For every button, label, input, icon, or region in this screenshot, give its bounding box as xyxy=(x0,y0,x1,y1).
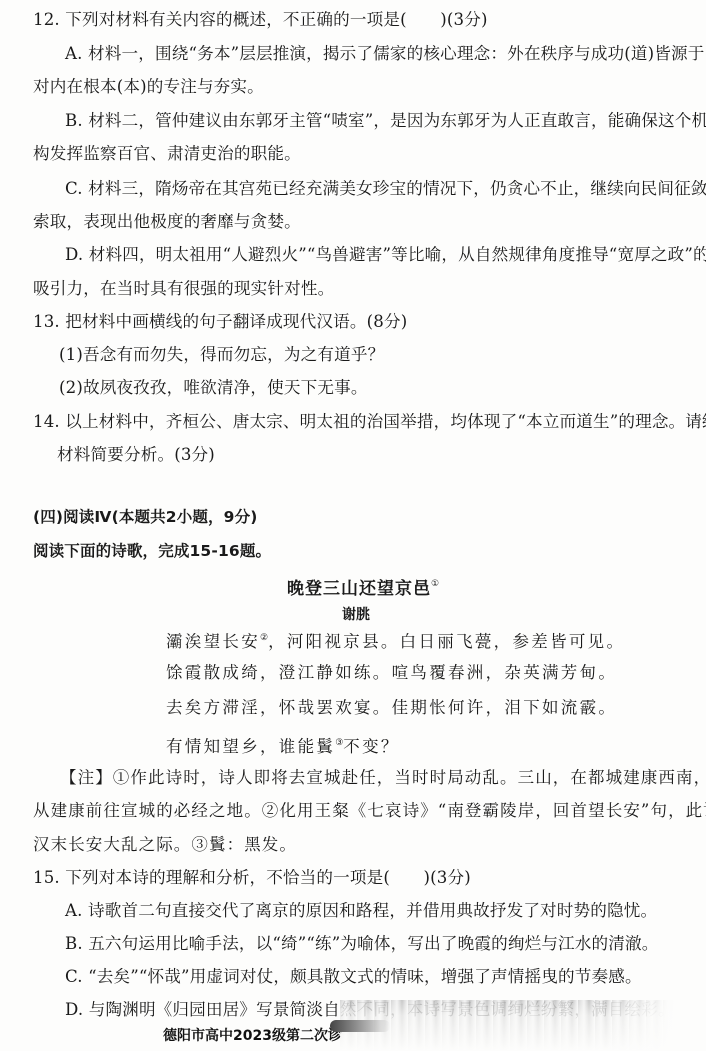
poem-line-2: 馀霞散成绮，澄江静如练。喧鸟覆春洲，杂英满芳甸。 xyxy=(166,663,617,683)
q12-option-a-line2: 对内在根本(本)的专注与夯实。 xyxy=(33,77,264,97)
poem-line-1: 灞涘望长安②，河阳视京县。白日丽飞甍，参差皆可见。 xyxy=(166,628,625,652)
image-fade-artifact xyxy=(600,995,706,1051)
exam-page: 12. 下列对材料有关内容的概述，不正确的一项是( )(3分) A. 材料一，围… xyxy=(0,0,706,1051)
q12-option-a-line1: A. 材料一，围绕“务本”层层推演，揭示了儒家的核心理念：外在秩序与成功(道)皆… xyxy=(65,44,705,64)
q15-option-c: C. “去矣”“怀哉”用虚词对仗，颇具散文式的情味，增强了声情摇曳的节奏感。 xyxy=(65,967,642,987)
q15-option-b: B. 五六句运用比喻手法，以“绮”“练”为喻体，写出了晚霞的绚烂与江水的清澈。 xyxy=(65,934,659,954)
poem-line-text: 灞涘望长安 xyxy=(166,632,260,651)
poem-title: 晚登三山还望京邑① xyxy=(287,574,440,599)
poem-title-footnote-marker: ① xyxy=(431,579,440,589)
q15-option-a: A. 诗歌首二句直接交代了离京的原因和路程，并借用典故抒发了对时势的隐忧。 xyxy=(65,901,657,921)
poem-line-text: 馀霞散成绮，澄江静如练。喧鸟覆春洲，杂英满芳甸。 xyxy=(166,663,617,682)
q12-stem: 12. 下列对材料有关内容的概述，不正确的一项是( )(3分) xyxy=(33,10,488,30)
q14-stem-line1: 14. 以上材料中，齐桓公、唐太宗、明太祖的治国举措，均体现了“本立而道生”的理… xyxy=(33,412,706,432)
footer-exam-name: 德阳市高中2023级第二次诊 xyxy=(163,1025,342,1045)
poem-notes-line2: 从建康前往宣城的必经之地。②化用王粲《七哀诗》“南登霸陵岸，回首望长安”句，此诗… xyxy=(33,801,706,821)
q12-option-d-line1: D. 材料四，明太祖用“人避烈火”“鸟兽避害”等比喻，从自然规律角度推导“宽厚之… xyxy=(65,245,706,265)
poem-line-text: ，河阳视京县。白日丽飞甍，参差皆可见。 xyxy=(268,632,625,651)
q12-option-c-line2: 索取，表现出他极度的奢靡与贪婪。 xyxy=(33,212,301,232)
q12-option-c-line1: C. 材料三，隋炀帝在其宫苑已经充满美女珍宝的情况下，仍贪心不止，继续向民间征敛 xyxy=(65,179,706,199)
poem-notes-line3: 汉末长安大乱之际。③鬒：黑发。 xyxy=(33,835,297,855)
q13-item-2: (2)故夙夜孜孜，唯欲清净，使天下无事。 xyxy=(59,378,368,398)
poem-line-text: 有情知望乡，谁能鬒 xyxy=(166,737,335,756)
poem-line-3: 去矣方滞淫，怀哉罢欢宴。佳期怅何许，泪下如流霰。 xyxy=(166,698,617,718)
q12-option-b-line1: B. 材料二，管仲建议由东郭牙主管“啧室”，是因为东郭牙为人正直敢言，能确保这个… xyxy=(65,111,706,131)
poem-title-text: 晚登三山还望京邑 xyxy=(287,579,431,599)
poem-line-4: 有情知望乡，谁能鬒③不变？ xyxy=(166,733,400,757)
image-smear-artifact-left xyxy=(330,1020,390,1032)
poem-notes-line1: 【注】①作此诗时，诗人即将去宣城赴任，当时时局动乱。三山，在都城建康西南，是诗人 xyxy=(60,768,706,788)
section-instruction: 阅读下面的诗歌，完成15-16题。 xyxy=(33,541,271,561)
q12-option-b-line2: 构发挥监察百官、肃清吏治的职能。 xyxy=(33,144,301,164)
footnote-marker: ② xyxy=(260,633,268,643)
poem-line-text: 去矣方滞淫，怀哉罢欢宴。佳期怅何许，泪下如流霰。 xyxy=(166,698,617,717)
poem-line-text: 不变？ xyxy=(343,737,399,756)
q14-stem-line2: 材料简要分析。(3分) xyxy=(57,445,215,465)
q12-option-d-line2: 吸引力，在当时具有很强的现实针对性。 xyxy=(33,279,334,299)
q13-item-1: (1)吾念有而勿失，得而勿忘，为之有道乎？ xyxy=(59,345,384,365)
section-heading: (四)阅读Ⅳ(本题共2小题，9分) xyxy=(33,507,258,527)
poem-author: 谢朓 xyxy=(342,604,370,624)
q13-stem: 13. 把材料中画横线的句子翻译成现代汉语。(8分) xyxy=(33,312,407,332)
q15-stem: 15. 下列对本诗的理解和分析，不恰当的一项是( )(3分) xyxy=(33,868,471,888)
